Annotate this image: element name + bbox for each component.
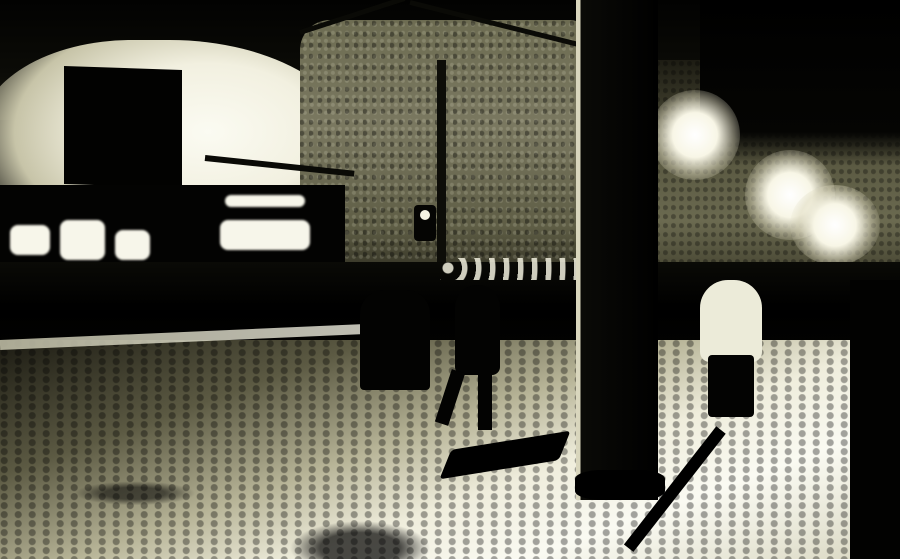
shop-window-light: [115, 230, 150, 260]
person-light-coat-legs: [708, 355, 754, 417]
street-light-glow: [650, 90, 740, 180]
shop-window-light: [220, 220, 310, 250]
street-scene-photo: [0, 0, 900, 559]
shop-window-light: [10, 225, 50, 255]
crowd-highlights: [440, 258, 580, 280]
pedestrian-leg: [478, 370, 492, 430]
walking-pedestrian: [455, 285, 500, 375]
utility-pole-base: [575, 470, 665, 500]
street-light-glow: [790, 185, 880, 265]
traffic-signal: [414, 205, 436, 241]
shop-sign-light: [225, 195, 305, 207]
person-light-coat: [700, 280, 762, 362]
shop-window-light: [60, 220, 105, 260]
billboard: [64, 66, 182, 188]
right-edge-shadow: [850, 280, 900, 559]
pedestrian-group: [360, 290, 430, 390]
utility-pole: [576, 0, 658, 500]
